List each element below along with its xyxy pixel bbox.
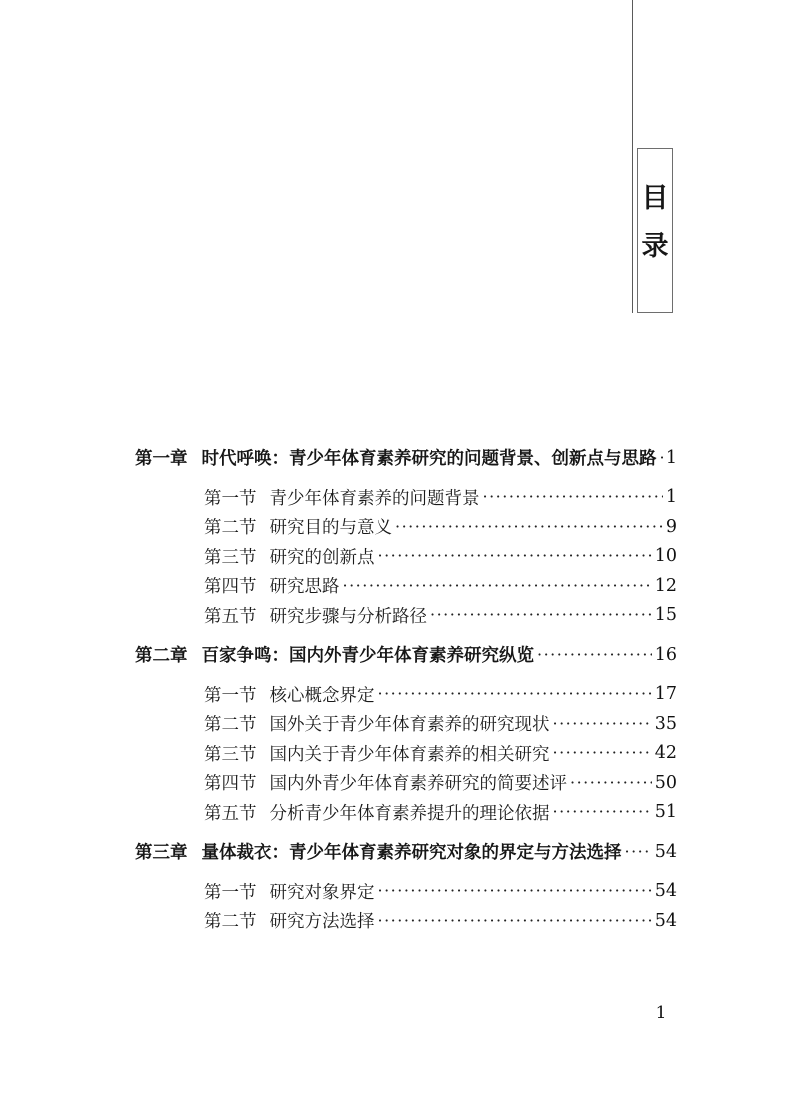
- toc-title-box: 目 录: [637, 148, 673, 313]
- dot-leader: [553, 714, 652, 734]
- toc-section-row: 第三节国内关于青少年体育素养的相关研究42: [135, 739, 677, 769]
- section-title: 国内关于青少年体育素养的相关研究: [270, 741, 550, 766]
- section-number-label: 第三节: [204, 544, 257, 569]
- section-page-ref: 42: [655, 743, 677, 763]
- dot-leader: [483, 487, 663, 507]
- section-number-label: 第二节: [204, 908, 257, 933]
- section-page-ref: 15: [655, 605, 677, 625]
- toc-chapter-row: 第二章百家争鸣：国内外青少年体育素养研究纵览16: [135, 640, 677, 670]
- toc-title-char-lu: 录: [642, 233, 669, 260]
- section-page-ref: 17: [655, 684, 677, 704]
- section-number-label: 第五节: [204, 603, 257, 628]
- section-title: 分析青少年体育素养提升的理论依据: [270, 800, 550, 825]
- section-title: 研究对象界定: [270, 879, 375, 904]
- section-page-ref: 9: [666, 517, 677, 537]
- chapter-number-label: 第二章: [135, 642, 188, 667]
- toc-section-row: 第一节青少年体育素养的问题背景1: [135, 483, 677, 513]
- margin-rule-line: [632, 0, 633, 313]
- section-number-label: 第三节: [204, 741, 257, 766]
- toc-chapter-row: 第三章量体裁衣：青少年体育素养研究对象的界定与方法选择54: [135, 837, 677, 867]
- section-title: 研究思路: [270, 573, 340, 598]
- dot-leader: [625, 842, 652, 862]
- section-number-label: 第四节: [204, 770, 257, 795]
- toc-section-row: 第四节研究思路12: [135, 571, 677, 601]
- section-page-ref: 54: [655, 881, 677, 901]
- toc-section-row: 第二节国外关于青少年体育素养的研究现状35: [135, 709, 677, 739]
- toc-section-row: 第三节研究的创新点10: [135, 542, 677, 572]
- toc-section-row: 第一节核心概念界定17: [135, 680, 677, 710]
- section-page-ref: 10: [655, 546, 677, 566]
- dot-leader: [553, 802, 652, 822]
- dot-leader: [395, 517, 663, 537]
- section-number-label: 第一节: [204, 485, 257, 510]
- section-number-label: 第五节: [204, 800, 257, 825]
- toc-section-row: 第四节国内外青少年体育素养研究的简要述评50: [135, 768, 677, 798]
- dot-leader: [537, 645, 652, 665]
- section-number-label: 第一节: [204, 682, 257, 707]
- section-page-ref: 54: [655, 911, 677, 931]
- toc-section-row: 第一节研究对象界定54: [135, 877, 677, 907]
- toc-list: 第一章时代呼唤：青少年体育素养研究的问题背景、创新点与思路1第一节青少年体育素养…: [135, 433, 677, 936]
- section-title: 核心概念界定: [270, 682, 375, 707]
- toc-section-row: 第二节研究目的与意义9: [135, 512, 677, 542]
- dot-leader: [553, 743, 652, 763]
- dot-leader: [378, 911, 652, 931]
- chapter-page-ref: 16: [655, 645, 677, 665]
- toc-section-row: 第五节分析青少年体育素养提升的理论依据51: [135, 798, 677, 828]
- toc-section-row: 第二节研究方法选择54: [135, 906, 677, 936]
- section-number-label: 第一节: [204, 879, 257, 904]
- dot-leader: [343, 576, 652, 596]
- section-title: 国内外青少年体育素养研究的简要述评: [270, 770, 568, 795]
- section-page-ref: 1: [666, 487, 677, 507]
- section-title: 国外关于青少年体育素养的研究现状: [270, 711, 550, 736]
- toc-section-row: 第五节研究步骤与分析路径15: [135, 601, 677, 631]
- section-number-label: 第二节: [204, 711, 257, 736]
- section-title: 青少年体育素养的问题背景: [270, 485, 480, 510]
- section-title: 研究的创新点: [270, 544, 375, 569]
- dot-leader: [570, 773, 652, 793]
- section-page-ref: 51: [655, 802, 677, 822]
- dot-leader: [430, 605, 652, 625]
- book-page: 目 录 第一章时代呼唤：青少年体育素养研究的问题背景、创新点与思路1第一节青少年…: [0, 0, 799, 1118]
- section-title: 研究步骤与分析路径: [270, 603, 428, 628]
- toc-title-char-mu: 目: [642, 185, 669, 212]
- section-title: 研究目的与意义: [270, 514, 393, 539]
- section-page-ref: 35: [655, 714, 677, 734]
- toc-chapter-row: 第一章时代呼唤：青少年体育素养研究的问题背景、创新点与思路1: [135, 443, 677, 473]
- section-number-label: 第二节: [204, 514, 257, 539]
- section-page-ref: 50: [655, 773, 677, 793]
- chapter-number-label: 第三章: [135, 839, 188, 864]
- dot-leader: [378, 881, 652, 901]
- chapter-title: 量体裁衣：青少年体育素养研究对象的界定与方法选择: [202, 839, 622, 864]
- chapter-title: 百家争鸣：国内外青少年体育素养研究纵览: [202, 642, 535, 667]
- chapter-page-ref: 1: [666, 448, 677, 468]
- section-number-label: 第四节: [204, 573, 257, 598]
- page-number: 1: [648, 1003, 674, 1023]
- dot-leader: [378, 684, 652, 704]
- chapter-title: 时代呼唤：青少年体育素养研究的问题背景、创新点与思路: [202, 445, 657, 470]
- chapter-number-label: 第一章: [135, 445, 188, 470]
- chapter-page-ref: 54: [655, 842, 677, 862]
- section-page-ref: 12: [655, 576, 677, 596]
- dot-leader: [378, 546, 652, 566]
- section-title: 研究方法选择: [270, 908, 375, 933]
- dot-leader: [660, 448, 663, 468]
